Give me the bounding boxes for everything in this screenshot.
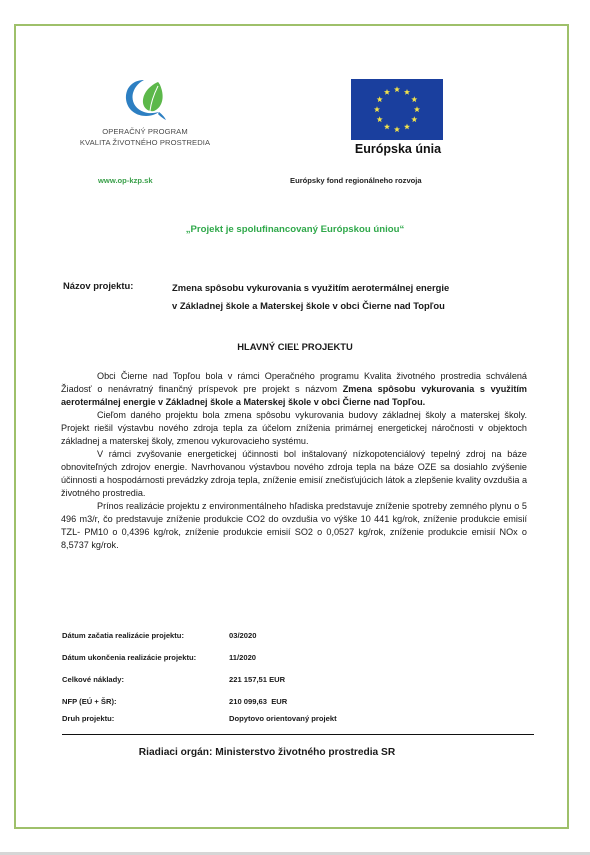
eu-fund-label: Európsky fond regionálneho rozvoja	[290, 176, 422, 185]
details-row: Celkové náklady: 221 157,51 EUR	[62, 668, 534, 690]
details-label: Dátum začatia realizácie projektu:	[62, 631, 229, 640]
goal-description: Obci Čierne nad Topľou bola v rámci Oper…	[61, 370, 527, 552]
project-name-line1: Zmena spôsobu vykurovania s využitím aer…	[172, 279, 449, 297]
program-website-link[interactable]: www.op-kzp.sk	[98, 176, 153, 185]
details-value: 11/2020	[229, 653, 534, 662]
managing-authority: Riadiaci orgán: Ministerstvo životného p…	[0, 747, 534, 758]
project-name-line2: v Základnej škole a Materskej škole v ob…	[172, 297, 449, 315]
project-details-table: Dátum začatia realizácie projektu: 03/20…	[62, 624, 534, 735]
details-row: NFP (EÚ + ŠR): 210 099,63 EUR	[62, 690, 534, 712]
goal-title: HLAVNÝ CIEĽ PROJEKTU	[0, 341, 590, 352]
details-value: 210 099,63 EUR	[229, 697, 534, 706]
op-kzp-leaf-logo-icon	[122, 76, 172, 122]
details-label: NFP (EÚ + ŠR):	[62, 697, 229, 706]
program-logo-text: OPERAČNÝ PROGRAM KVALITA ŽIVOTNÉHO PROST…	[60, 126, 230, 148]
details-label: Celkové náklady:	[62, 675, 229, 684]
details-value: Dopytovo orientovaný projekt	[229, 714, 534, 723]
eu-flag-icon	[351, 79, 443, 140]
program-logo-line1: OPERAČNÝ PROGRAM	[60, 126, 230, 137]
details-row: Dátum začatia realizácie projektu: 03/20…	[62, 624, 534, 646]
details-label: Druh projektu:	[62, 714, 229, 723]
eu-label: Európska únia	[350, 142, 446, 156]
program-logo-line2: KVALITA ŽIVOTNÉHO PROSTREDIA	[60, 137, 230, 148]
project-name: Zmena spôsobu vykurovania s využitím aer…	[172, 279, 449, 315]
details-row: Druh projektu: Dopytovo orientovaný proj…	[62, 712, 534, 735]
details-label: Dátum ukončenia realizácie projektu:	[62, 653, 229, 662]
goal-paragraph-1: Obci Čierne nad Topľou bola v rámci Oper…	[61, 370, 527, 409]
goal-paragraph-3: V rámci zvyšovanie energetickej účinnost…	[61, 448, 527, 500]
details-value: 03/2020	[229, 631, 534, 640]
cofinance-note: „Projekt je spolufinancovaný Európskou ú…	[0, 224, 590, 235]
project-name-label: Názov projektu:	[63, 280, 133, 291]
details-value: 221 157,51 EUR	[229, 675, 534, 684]
details-row: Dátum ukončenia realizácie projektu: 11/…	[62, 646, 534, 668]
goal-paragraph-2: Cieľom daného projektu bola zmena spôsob…	[61, 409, 527, 448]
goal-paragraph-4: Prínos realizácie projektu z environment…	[61, 500, 527, 552]
